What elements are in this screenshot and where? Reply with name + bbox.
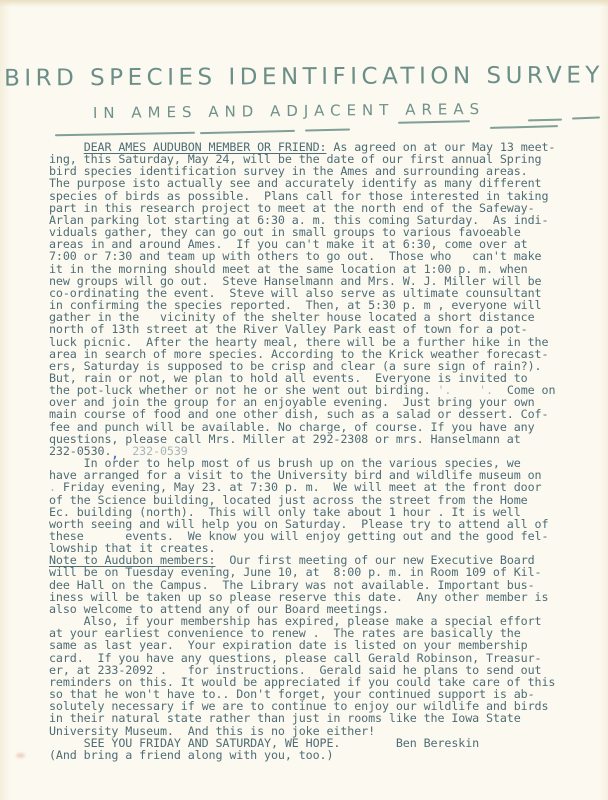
- title-underline-dash: [490, 125, 558, 129]
- paper-smudge: [16, 753, 25, 758]
- title-underline-dash: [572, 117, 600, 120]
- title-underline-dash: [398, 120, 470, 124]
- document-title: BIRD SPECIES IDENTIFICATION SURVEY: [0, 62, 608, 91]
- document-subtitle: IN AMES AND ADJACENT AREAS: [0, 99, 578, 123]
- title-underline-dash: [200, 130, 295, 135]
- title-underline-dash: [528, 119, 562, 122]
- document-body: DEAR AMES AUDUBON MEMBER OR FRIEND: As a…: [49, 141, 555, 761]
- title-underline-dash: [305, 128, 350, 131]
- document-page: BIRD SPECIES IDENTIFICATION SURVEY IN AM…: [0, 0, 608, 800]
- typed-line: (And bring a friend along with you, too.…: [49, 749, 555, 761]
- title-underline-dash: [55, 132, 195, 137]
